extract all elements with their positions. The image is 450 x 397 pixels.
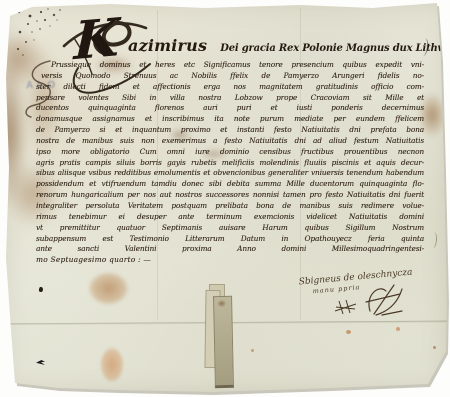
stain-freckle [433,346,436,349]
seal-tag-front-strip [213,296,234,388]
charter-line: de Pamyerzo si et inquantum proximo et i… [36,125,424,136]
charter-line: ante sancti Valentini proxima Anno domin… [36,244,424,255]
seal-tag [203,284,237,387]
parchment-sheet: K azimirus Dei gracia Rex Polonie Magnus… [0,0,450,397]
charter-line: donamusque assignamus et inscribimus ita… [36,114,424,125]
pen-curve-mark [429,232,437,248]
charter-body: Prussieque dominus et heres etc Signific… [36,60,424,266]
charter-line: rimus tenebimur ei desuper ante terminum… [36,212,424,223]
charter-heading: azimirus Dei gracia Rex Polonie Magnus d… [128,36,450,55]
scanned-charter-photo: K azimirus Dei gracia Rex Polonie Magnus… [0,0,450,397]
charter-line: versis Quomodo Strenuus ac Nobilis ffeli… [41,71,424,82]
ink-blot-small [38,287,43,293]
charter-line: ipso more obligatorio Cum omni iure domi… [36,147,424,158]
charter-line: renorum hungaricalium per nos aut nostro… [36,190,424,201]
charter-line: sibus aliisque vsibus redditibus emolume… [36,168,424,179]
ink-mark-arrow [36,360,45,365]
library-stamp-fragment: ALO [26,80,59,92]
charter-line: integraliter persoluta Veritatem postqua… [36,201,424,212]
stain-freckle [396,327,400,331]
stain-freckle [346,330,351,334]
charter-line: ducentos quinquaginta florenos auri puri… [36,103,424,114]
charter-line: vt premittitur quatuor Septimanis auisar… [36,223,424,234]
notarial-paraph-large [362,281,404,317]
charter-line: pensare volentes Sibi in villa nostra Lo… [36,93,424,104]
seal-tag-blotch [216,299,227,308]
charter-line: ster dilecti fidem et affectionis erga n… [36,82,424,93]
charter-line: possidendum et vtifruendum tamdiu donec … [36,179,424,190]
charter-line: subappensum est Testimonio Litterarum Da… [36,234,424,245]
stain-round-bottom [86,270,131,311]
notarial-paraph-small [333,299,359,316]
charter-line: Prussieque dominus et heres etc Signific… [51,60,424,71]
charter-line: nostra de manibus suis non exemerimus a … [36,136,424,147]
stain-freckle [251,349,254,352]
charter-line: agris pratis campis siluis borris gayis … [36,158,424,169]
charter-line: mo Septuagesimo quarto : — [36,255,424,266]
stain-teardrop-bottom [99,341,125,384]
heading-royal-name: azimirus [128,36,207,55]
heading-royal-title: Dei gracia Rex Polonie Magnus dux Lithwa… [220,43,450,54]
